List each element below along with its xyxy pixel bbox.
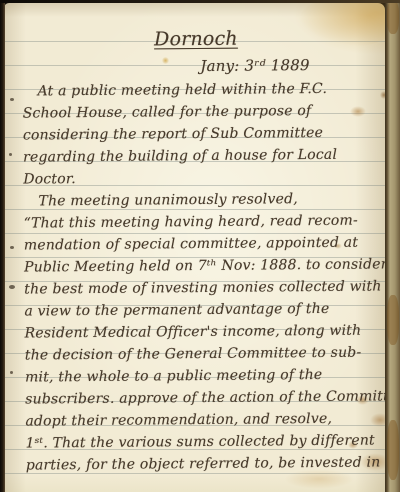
page-edge-right bbox=[385, 0, 400, 492]
manuscript-line: “That this meeting having heard, read re… bbox=[24, 209, 381, 234]
book-binding-edge bbox=[0, 0, 5, 492]
manuscript-line: 1ˢᵗ. That the various sums collected by … bbox=[26, 429, 383, 454]
ink-mark bbox=[10, 246, 14, 249]
manuscript-line: Dornoch bbox=[154, 23, 379, 54]
manuscript-line: Jany: 3ʳᵈ 1889 bbox=[200, 52, 379, 79]
ink-mark bbox=[10, 98, 14, 101]
manuscript-line: considering the report of Sub Committee bbox=[23, 121, 380, 146]
stain bbox=[387, 420, 399, 480]
book-top-rim bbox=[0, 0, 400, 3]
ink-mark bbox=[9, 153, 12, 156]
manuscript-line: School House, called for the purpose of bbox=[23, 99, 380, 124]
manuscript-line: subscribers. approve of the action of th… bbox=[25, 385, 382, 410]
manuscript-line: The meeting unanimously resolved, bbox=[23, 187, 380, 212]
notebook-page: DornochJany: 3ʳᵈ 1889At a public meeting… bbox=[4, 3, 385, 492]
manuscript-line: a view to the permanent advantage of the bbox=[24, 297, 381, 322]
stain bbox=[387, 295, 399, 345]
manuscript-line: the best mode of investing monies collec… bbox=[24, 275, 381, 300]
manuscript-line: parties, for the object referred to, be … bbox=[26, 451, 383, 476]
manuscript-line: Public Meeting held on 7ᵗʰ Nov: 1888. to… bbox=[24, 253, 381, 278]
manuscript-line: Resident Medical Officer's income, along… bbox=[25, 319, 382, 344]
manuscript-photo: DornochJany: 3ʳᵈ 1889At a public meeting… bbox=[0, 0, 400, 492]
manuscript-line: mendation of special committee, appointe… bbox=[24, 231, 381, 256]
manuscript-line: regarding the building of a house for Lo… bbox=[23, 143, 380, 168]
manuscript-line: At a public meeting held within the F.C. bbox=[22, 77, 379, 102]
ink-mark bbox=[10, 371, 13, 374]
manuscript-line: mit, the whole to a public meeting of th… bbox=[25, 363, 382, 388]
manuscript-line: adopt their recommendation, and resolve, bbox=[25, 407, 382, 432]
ink-mark bbox=[9, 285, 15, 289]
manuscript-line: the decision of the General Committee to… bbox=[25, 341, 382, 366]
handwritten-text: DornochJany: 3ʳᵈ 1889At a public meeting… bbox=[22, 23, 383, 492]
manuscript-line: Doctor. bbox=[23, 165, 380, 190]
stain bbox=[387, 0, 399, 34]
